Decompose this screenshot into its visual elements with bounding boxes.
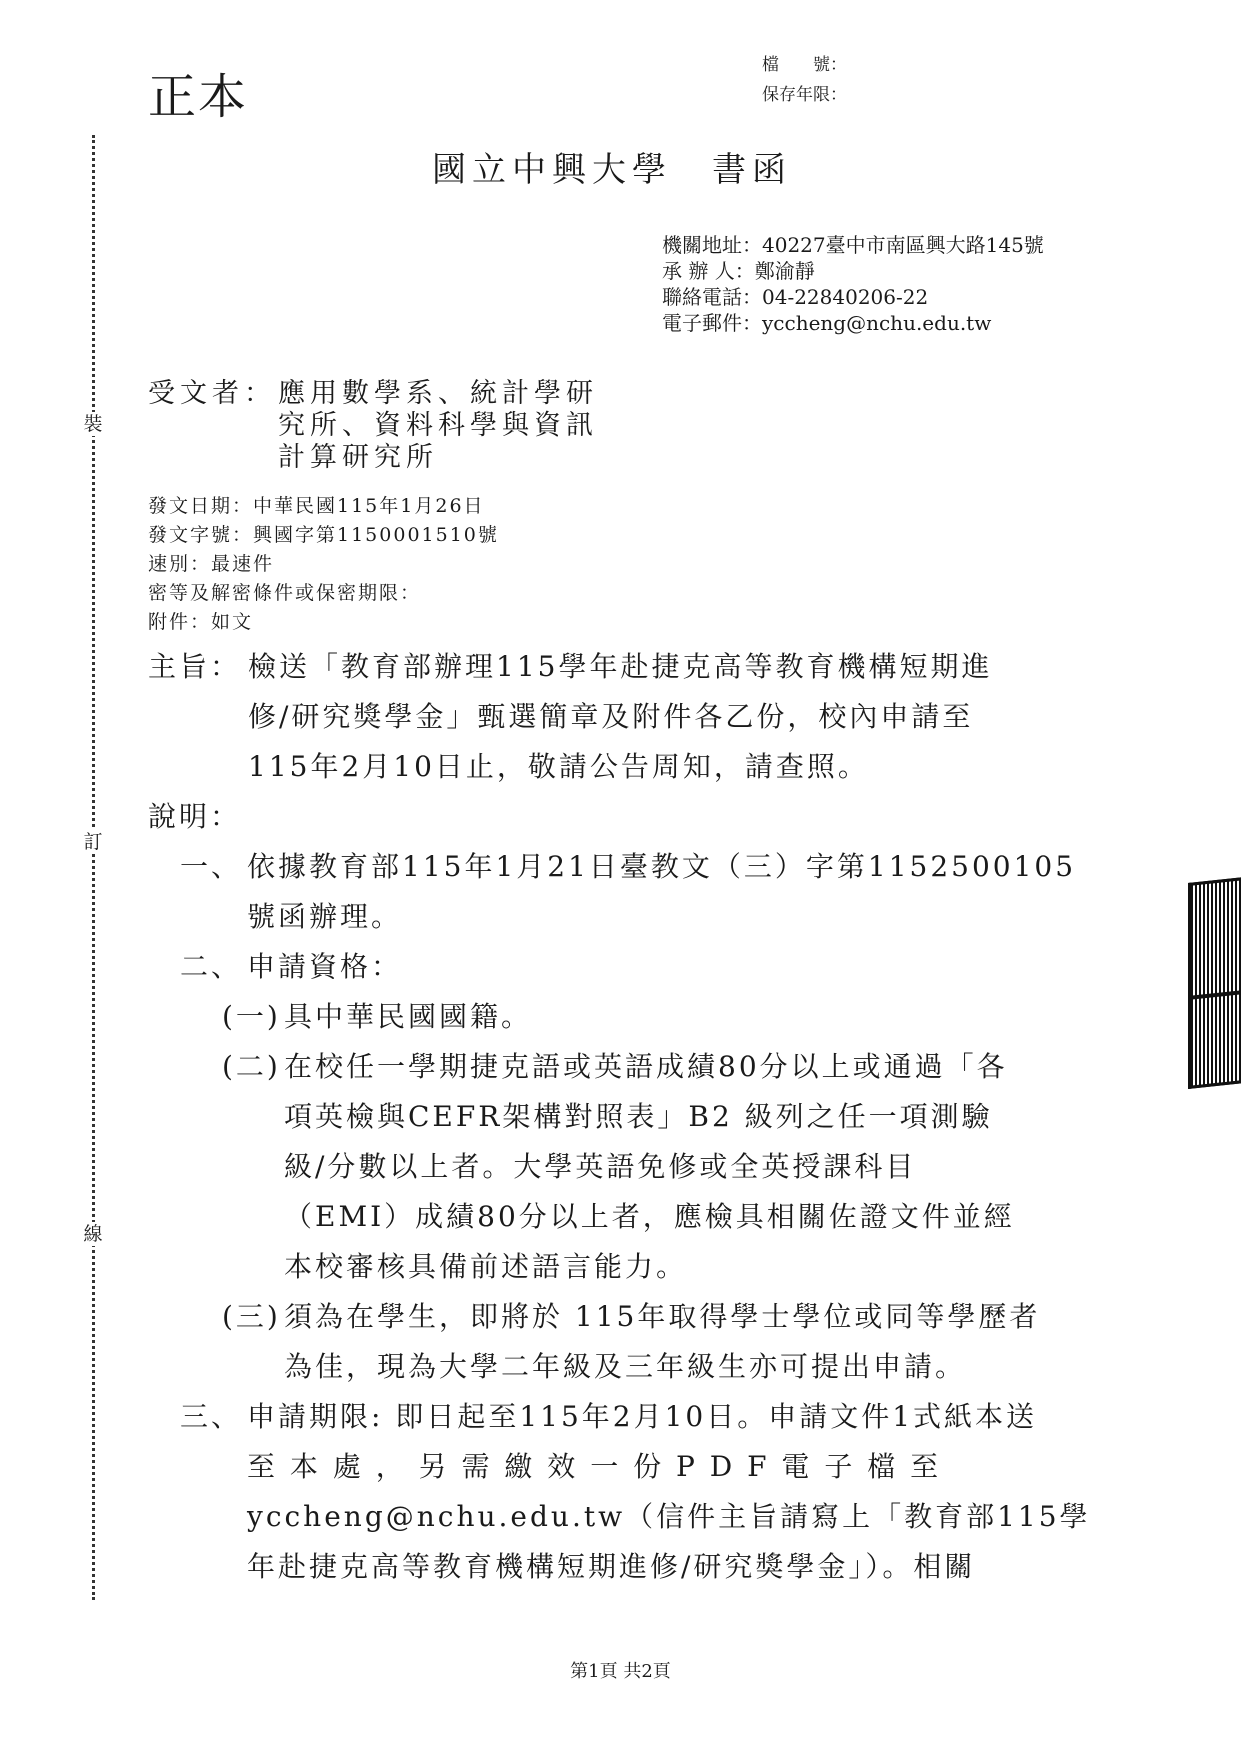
description-item-3: 三、 申請期限: 即日起至115年2月10日。申請文件1式紙本送 至 本 處 ，…	[180, 1392, 1091, 1592]
meta-fields: 發文日期：中華民國115年1月26日 發文字號：興國字第1150001510號 …	[148, 492, 499, 637]
eligibility-subitem-3: (三) 須為在學生，即將於 115年取得學士學位或同等學歷者 為佳，現為大學二年…	[222, 1292, 1040, 1392]
description-item-2: 二、 申請資格：	[180, 942, 402, 992]
subitem-line: 為佳，現為大學二年級及三年級生亦可提出申請。	[284, 1342, 1040, 1392]
official-seal-stamp	[1188, 877, 1241, 1089]
binding-dotted-line	[92, 135, 95, 1600]
subject-line: 修/研究獎學金」甄選簡章及附件各乙份，校內申請至	[248, 692, 992, 742]
attachments: 附件：如文	[148, 608, 499, 637]
issue-number: 發文字號：興國字第1150001510號	[148, 521, 499, 550]
item-line: 申請資格：	[247, 942, 402, 992]
item-line: yccheng@nchu.edu.tw（信件主旨請寫上「教育部115學	[247, 1492, 1091, 1542]
recipient-label: 受文者：	[148, 378, 278, 410]
subitem-number: (三)	[222, 1292, 284, 1342]
subitem-line: 項英檢與CEFR架構對照表」B2 級列之任一項測驗	[284, 1092, 1015, 1142]
subject-line: 檢送「教育部辦理115學年赴捷克高等教育機構短期進	[248, 642, 992, 692]
binding-char-ding: 訂	[81, 830, 105, 854]
item-number: 三、	[180, 1392, 247, 1442]
subitem-number: (二)	[222, 1042, 284, 1092]
eligibility-subitem-1: (一) 具中華民國國籍。	[222, 992, 532, 1042]
page-indicator: 第1頁 共2頁	[0, 1657, 1241, 1683]
binding-char-zhuang: 裝	[81, 412, 105, 436]
item-line: 申請期限: 即日起至115年2月10日。申請文件1式紙本送	[247, 1392, 1091, 1442]
item-line: 依據教育部115年1月21日臺教文（三）字第1152500105	[247, 842, 1076, 892]
subitem-line: 具中華民國國籍。	[284, 992, 532, 1042]
description-item-1: 一、 依據教育部115年1月21日臺教文（三）字第1152500105 號函辦理…	[180, 842, 1076, 942]
description-label: 說明：	[148, 792, 241, 842]
item-number: 二、	[180, 942, 247, 992]
subject-label: 主旨：	[148, 642, 248, 692]
subitem-line: 本校審核具備前述語言能力。	[284, 1242, 1015, 1292]
file-number-label: 檔 號：	[762, 50, 847, 80]
subitem-line: 在校任一學期捷克語或英語成績80分以上或通過「各	[284, 1042, 1015, 1092]
org-phone: 聯絡電話：04-22840206-22	[662, 284, 1044, 310]
subitem-number: (一)	[222, 992, 284, 1042]
retention-period-label: 保存年限：	[762, 80, 847, 110]
subitem-line: 級/分數以上者。大學英語免修或全英授課科目	[284, 1142, 1015, 1192]
subject-line: 115年2月10日止，敬請公告周知，請查照。	[248, 742, 992, 792]
document-title: 國立中興大學 書函	[432, 142, 792, 191]
recipient-line: 應用數學系、統計學研	[278, 378, 598, 410]
recipient-block: 受文者： 應用數學系、統計學研 究所、資料科學與資訊 計算研究所	[148, 378, 598, 474]
urgency: 速別：最速件	[148, 550, 499, 579]
issue-date: 發文日期：中華民國115年1月26日	[148, 492, 499, 521]
item-line: 號函辦理。	[247, 892, 1076, 942]
item-line: 至 本 處 ， 另 需 繳 效 一 份 P D F 電 子 檔 至	[247, 1442, 1091, 1492]
subject-block: 主旨： 檢送「教育部辦理115學年赴捷克高等教育機構短期進 修/研究獎學金」甄選…	[148, 642, 992, 792]
confidentiality: 密等及解密條件或保密期限：	[148, 579, 499, 608]
binding-char-xian: 線	[81, 1222, 105, 1246]
recipient-line: 究所、資料科學與資訊	[278, 410, 598, 442]
recipient-line: 計算研究所	[278, 442, 598, 474]
item-number: 一、	[180, 842, 247, 892]
copy-mark: 正本	[148, 58, 248, 127]
item-line: 年赴捷克高等教育機構短期進修/研究獎學金」）。相關	[247, 1542, 1091, 1592]
organization-info: 機關地址：40227臺中市南區興大路145號 承 辦 人：鄭渝靜 聯絡電話：04…	[662, 232, 1044, 336]
org-handler: 承 辦 人：鄭渝靜	[662, 258, 1044, 284]
subitem-line: （EMI）成績80分以上者，應檢具相關佐證文件並經	[284, 1192, 1015, 1242]
org-email: 電子郵件：yccheng@nchu.edu.tw	[662, 310, 1044, 336]
subitem-line: 須為在學生，即將於 115年取得學士學位或同等學歷者	[284, 1292, 1040, 1342]
org-address: 機關地址：40227臺中市南區興大路145號	[662, 232, 1044, 258]
eligibility-subitem-2: (二) 在校任一學期捷克語或英語成績80分以上或通過「各 項英檢與CEFR架構對…	[222, 1042, 1015, 1292]
file-meta: 檔 號： 保存年限：	[762, 50, 847, 110]
